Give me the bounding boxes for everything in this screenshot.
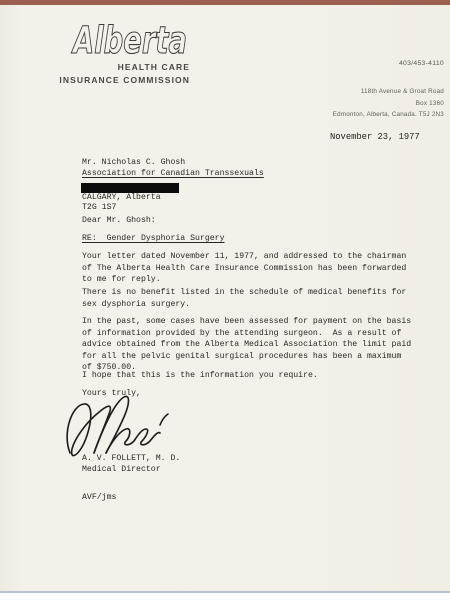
recipient-postal-code: T2G 1S7 [82,202,116,214]
letter-date: November 23, 1977 [330,132,420,144]
org-line-insurance-commission: INSURANCE COMMISSION [58,74,190,87]
body-paragraph-2: There is no benefit listed in the schedu… [82,287,406,310]
body-paragraph-1: Your letter dated November 11, 1977, and… [82,251,406,286]
letterhead-org-name: HEALTH CARE INSURANCE COMMISSION [58,61,190,87]
body-closing-line: I hope that this is the information you … [82,370,318,382]
signer-title: Medical Director [82,464,161,476]
org-line-health-care: HEALTH CARE [58,61,190,74]
scan-background-strip-bottom [0,593,450,600]
body-paragraph-3: In the past, some cases have been assess… [82,316,411,374]
reference-initials: AVF/jms [82,492,116,504]
scanned-letter-page: Alberta HEALTH CARE INSURANCE COMMISSION… [0,0,450,600]
signer-name: A. V. FOLLETT, M. D. [82,453,180,465]
scan-background-strip-top [0,0,450,5]
address-box: Box 1360 [244,98,444,110]
subject-line: RE: Gender Dysphoria Surgery [82,233,225,245]
recipient-organization: Association for Canadian Transsexuals [82,168,264,180]
phone-number: 403/453-4110 [244,60,444,67]
address-street: 118th Avenue & Groat Road [244,86,444,98]
address-city: Edmonton, Alberta, Canada. T5J 2N3 [244,109,444,121]
alberta-logo: Alberta [70,14,192,64]
alberta-logo-text: Alberta [71,19,187,62]
salutation: Dear Mr. Ghosh: [82,215,156,227]
letterhead-contact-block: 403/453-4110 118th Avenue & Groat Road B… [244,60,444,121]
recipient-name: Mr. Nicholas C. Ghosh [82,157,185,169]
